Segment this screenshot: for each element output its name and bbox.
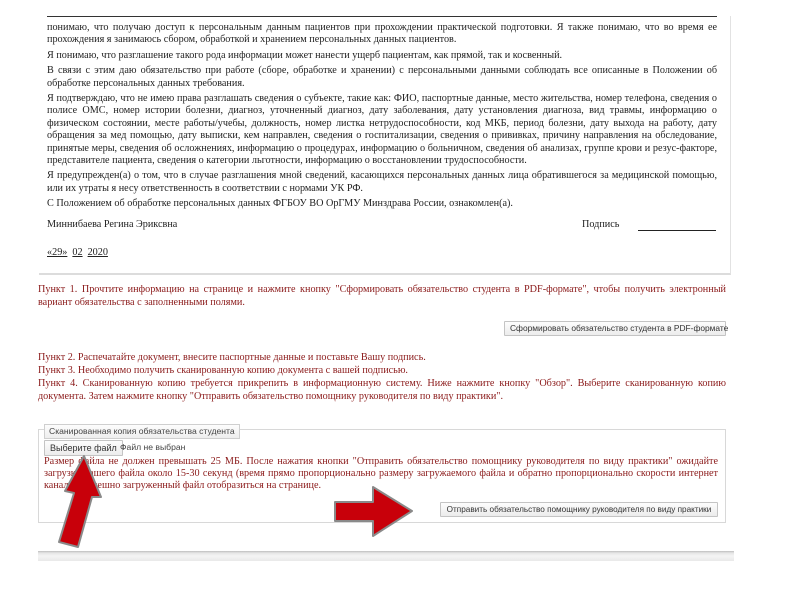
date-year: 2020 <box>88 247 108 258</box>
generate-pdf-button[interactable]: Сформировать обязательство студента в PD… <box>504 321 726 336</box>
instruction-step-3: Пункт 3. Необходимо получить сканированн… <box>38 365 726 378</box>
instruction-step-1: Пункт 1. Прочтите информацию на странице… <box>38 284 726 309</box>
choose-file-button[interactable]: Выберите файл <box>44 440 123 456</box>
instruction-step-4: Пункт 4. Сканированную копию требуется п… <box>38 378 726 403</box>
upload-legend: Сканированная копия обязательства студен… <box>44 424 240 439</box>
paragraph-5: Я предупрежден(а) о том, что в случае ра… <box>47 170 717 195</box>
signature-label: Подпись <box>582 219 619 230</box>
upload-note: Размер файла не должен превышать 25 МБ. … <box>44 456 718 493</box>
paragraph-3: В связи с этим даю обязательство при раб… <box>47 65 717 90</box>
instruction-step-2: Пункт 2. Распечатайте документ, внесите … <box>38 352 726 365</box>
submit-commitment-button[interactable]: Отправить обязательство помощнику руково… <box>440 502 718 517</box>
page-bottom-divider <box>38 551 734 561</box>
student-name: Миннибаева Регина Эриксвна <box>47 219 177 230</box>
paragraph-4: Я подтверждаю, что не имею права разглаш… <box>47 93 717 167</box>
date-day: «29» <box>47 247 67 258</box>
signature-line <box>638 230 716 231</box>
paragraph-1: понимаю, что получаю доступ к персональн… <box>47 22 717 47</box>
date-month: 02 <box>72 247 82 258</box>
document-top-rule <box>47 16 717 17</box>
paragraph-2: Я понимаю, что разглашение такого рода и… <box>47 50 717 62</box>
document-date: «29»022020 <box>47 247 113 258</box>
file-status: Файл не выбран <box>120 442 185 452</box>
paragraph-6: С Положением об обработке персональных д… <box>47 198 717 210</box>
commitment-text: понимаю, что получаю доступ к персональн… <box>47 22 717 214</box>
